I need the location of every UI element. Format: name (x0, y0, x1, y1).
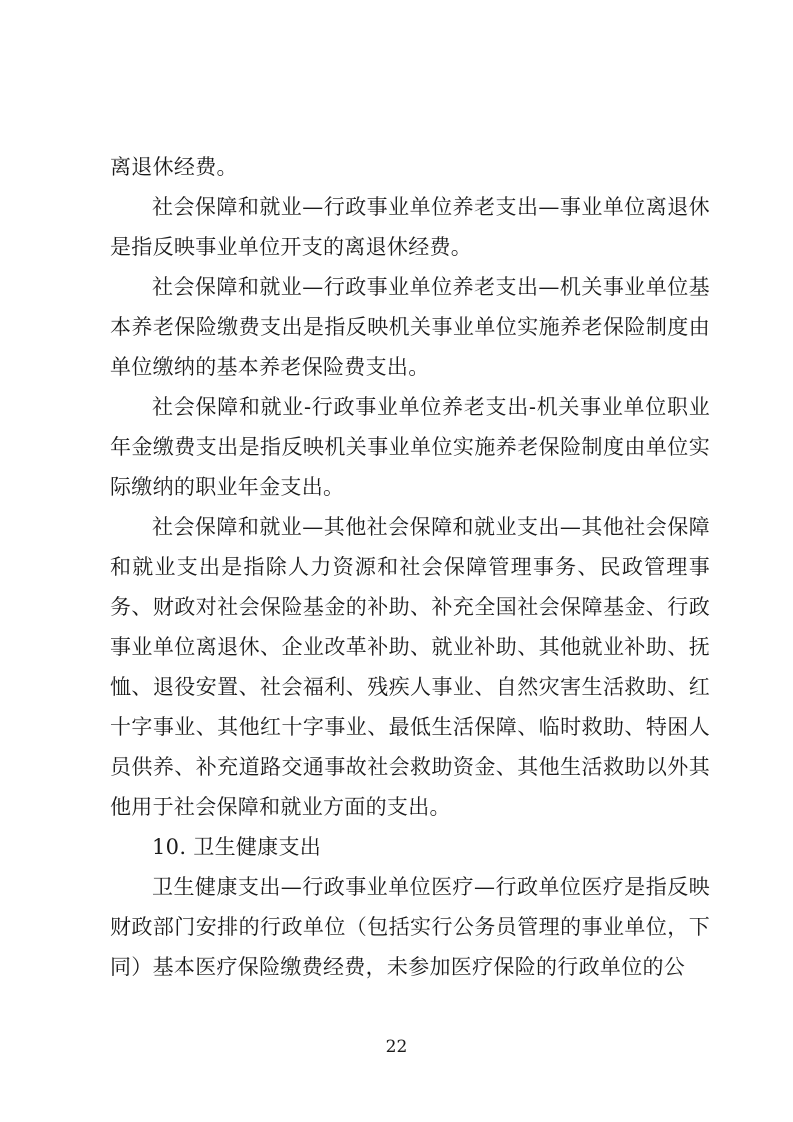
paragraph: 社会保障和就业—其他社会保障和就业支出—其他社会保障和就业支出是指除人力资源和社… (110, 507, 710, 827)
document-body: 离退休经费。社会保障和就业—行政事业单位养老支出—事业单位离退休是指反映事业单位… (110, 147, 710, 987)
document-page: 离退休经费。社会保障和就业—行政事业单位养老支出—事业单位离退休是指反映事业单位… (0, 0, 793, 1122)
paragraph: 社会保障和就业-行政事业单位养老支出-机关事业单位职业年金缴费支出是指反映机关事… (110, 387, 710, 507)
paragraph: 离退休经费。 (110, 147, 710, 187)
paragraph: 10. 卫生健康支出 (110, 827, 710, 867)
paragraph: 卫生健康支出—行政事业单位医疗—行政单位医疗是指反映财政部门安排的行政单位（包括… (110, 867, 710, 987)
paragraph: 社会保障和就业—行政事业单位养老支出—机关事业单位基本养老保险缴费支出是指反映机… (110, 267, 710, 387)
paragraph: 社会保障和就业—行政事业单位养老支出—事业单位离退休是指反映事业单位开支的离退休… (110, 187, 710, 267)
page-number: 22 (0, 1036, 793, 1058)
